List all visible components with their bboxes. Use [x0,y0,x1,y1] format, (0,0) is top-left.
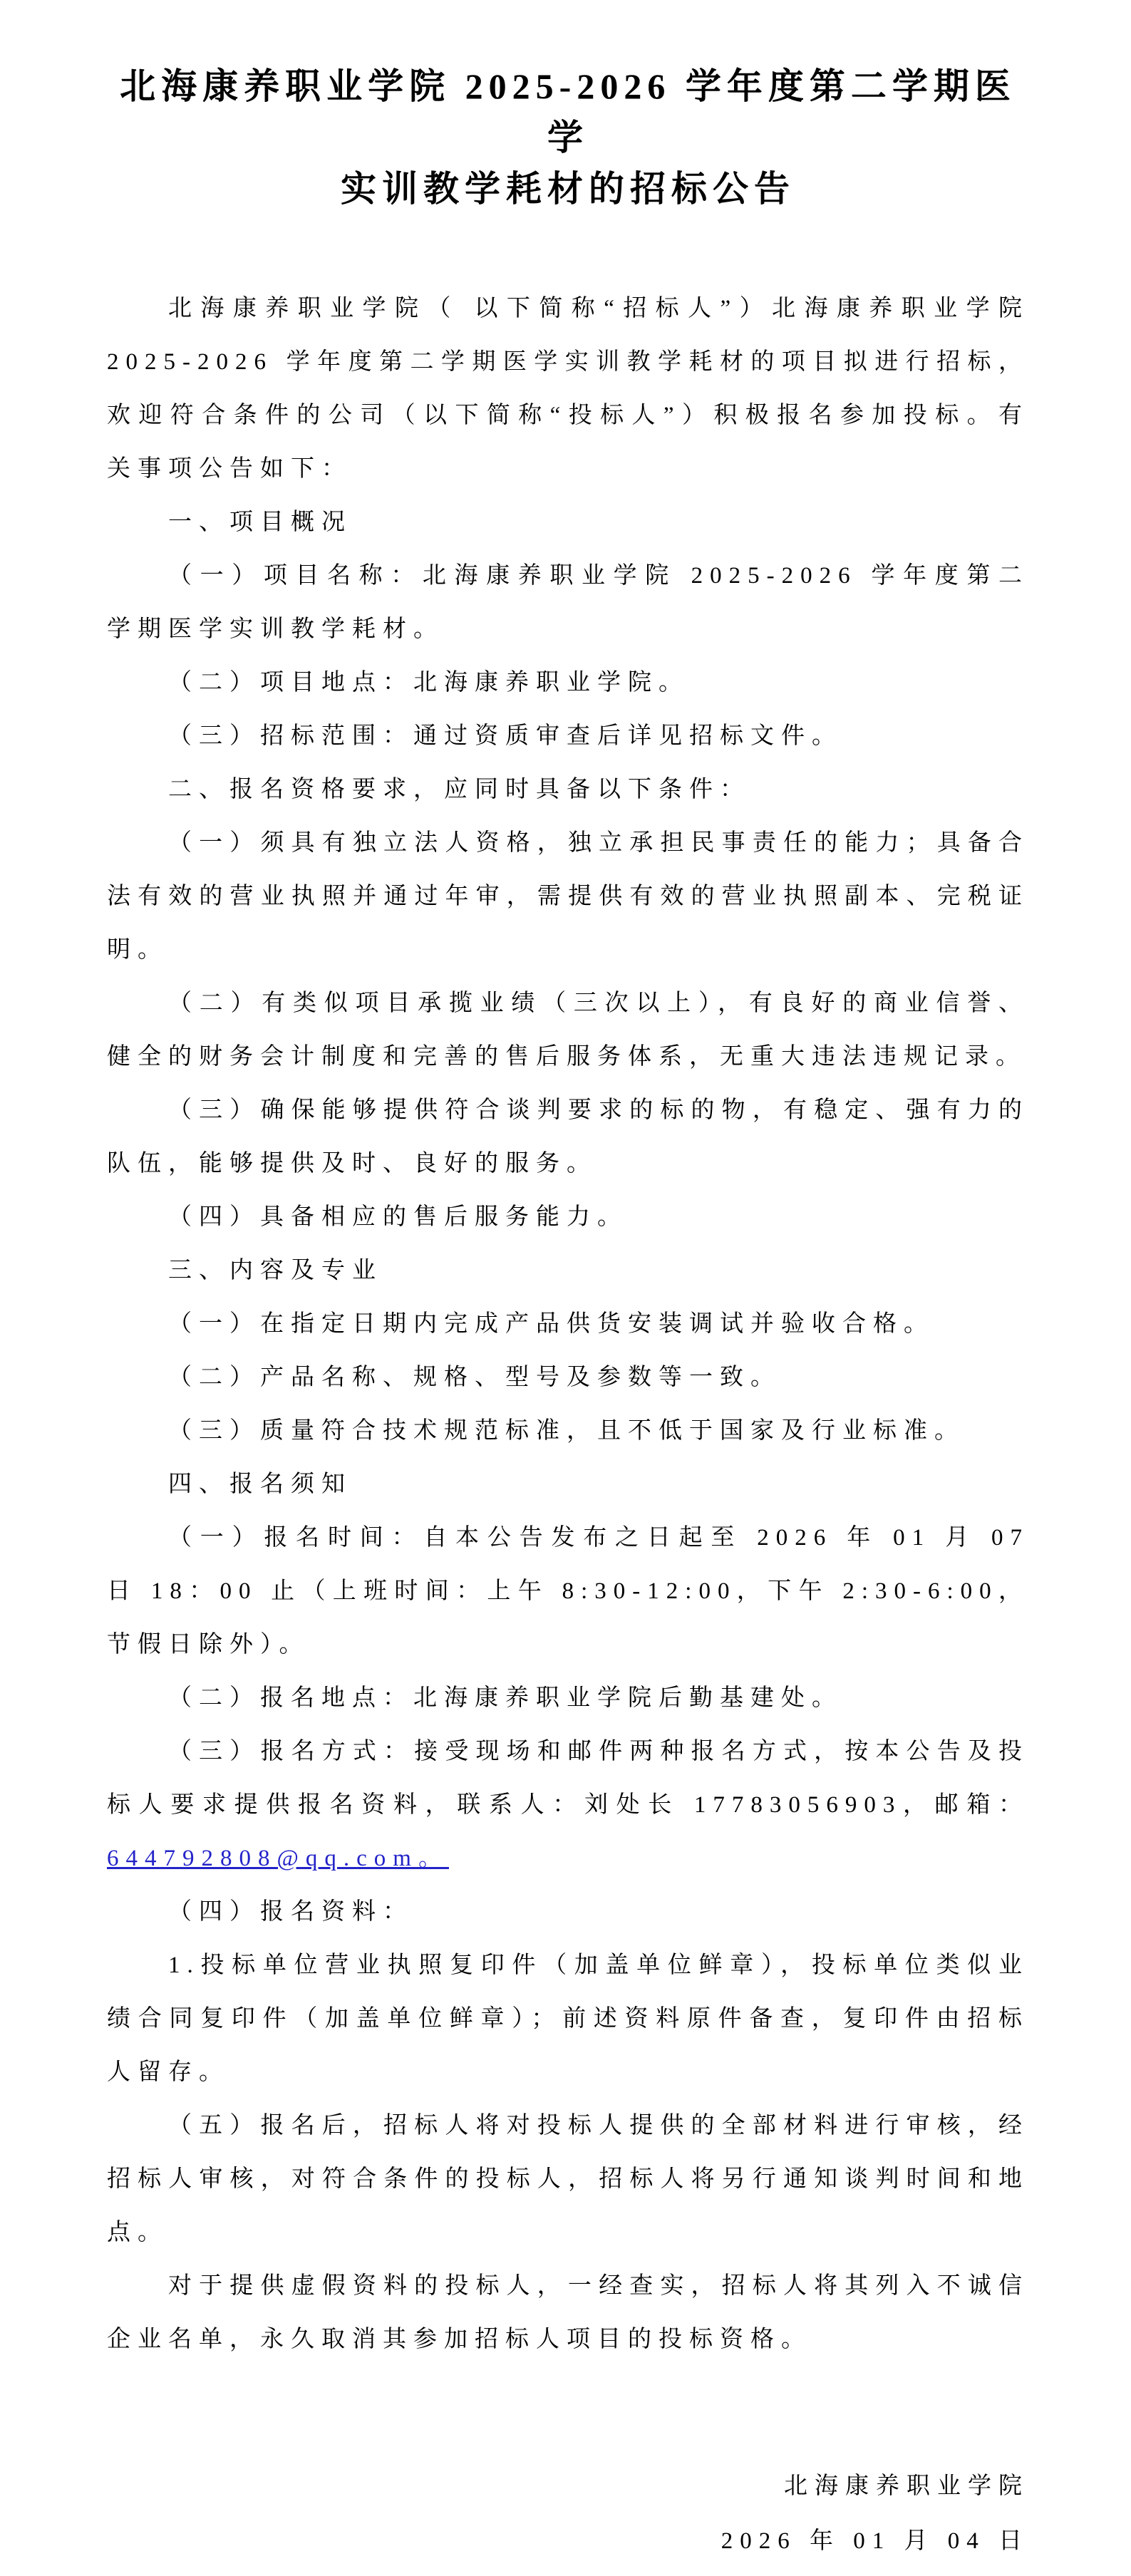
heading-content-and-specialty: 三、内容及专业 [107,1244,1029,1298]
document-title-line-1: 北海康养职业学院 2025-2026 学年度第二学期医学 [107,61,1029,163]
document-title-line-2: 实训教学耗材的招标公告 [107,163,1029,214]
document-title: 北海康养职业学院 2025-2026 学年度第二学期医学 实训教学耗材的招标公告 [107,61,1029,214]
signature-org: 北海康养职业学院 [107,2459,1029,2514]
heading-project-overview: 一、项目概况 [107,496,1029,549]
heading-qualification-requirements: 二、报名资格要求，应同时具备以下条件： [107,763,1029,817]
para-after-registration-review: （五）报名后，招标人将对投标人提供的全部材料进行审核，经招标人审核，对符合条件的… [107,2099,1029,2260]
para-content-1: （一）在指定日期内完成产品供货安装调试并验收合格。 [107,1298,1029,1351]
heading-registration-notes: 四、报名须知 [107,1458,1029,1511]
para-registration-materials-label: （四）报名资料： [107,1886,1029,1939]
para-bid-scope: （三）招标范围：通过资质审查后详见招标文件。 [107,710,1029,763]
para-registration-method: （三）报名方式：接受现场和邮件两种报名方式，按本公告及投标人要求提供报名资料，联… [107,1725,1029,1886]
para-project-name: （一）项目名称：北海康养职业学院 2025-2026 学年度第二学期医学实训教学… [107,549,1029,656]
para-registration-location: （二）报名地点：北海康养职业学院后勤基建处。 [107,1672,1029,1725]
para-qualification-4: （四）具备相应的售后服务能力。 [107,1191,1029,1244]
para-false-information-warning: 对于提供虚假资料的投标人，一经查实，招标人将其列入不诚信企业名单，永久取消其参加… [107,2260,1029,2366]
document-page: 北海康养职业学院 2025-2026 学年度第二学期医学 实训教学耗材的招标公告… [0,0,1131,2576]
para-intro: 北海康养职业学院（ 以下简称“招标人”）北海康养职业学院 2025-2026 学… [107,282,1029,496]
para-content-3: （三）质量符合技术规范标准，且不低于国家及行业标准。 [107,1405,1029,1458]
para-qualification-3: （三）确保能够提供符合谈判要求的标的物，有稳定、强有力的队伍，能够提供及时、良好… [107,1084,1029,1191]
para-registration-time: （一）报名时间：自本公告发布之日起至 2026 年 01 月 07 日 18：0… [107,1511,1029,1672]
email-link[interactable]: 644792808@qq.com。 [107,1846,449,1871]
signature-block: 北海康养职业学院 2026 年 01 月 04 日 [107,2459,1029,2569]
document-body: 北海康养职业学院（ 以下简称“招标人”）北海康养职业学院 2025-2026 学… [107,282,1029,2366]
para-qualification-2: （二）有类似项目承揽业绩（三次以上），有良好的商业信誉、健全的财务会计制度和完善… [107,977,1029,1084]
signature-date: 2026 年 01 月 04 日 [107,2514,1029,2569]
para-registration-materials-1: 1.投标单位营业执照复印件（加盖单位鲜章），投标单位类似业绩合同复印件（加盖单位… [107,1939,1029,2099]
para-qualification-1: （一）须具有独立法人资格，独立承担民事责任的能力；具备合法有效的营业执照并通过年… [107,817,1029,977]
para-content-2: （二）产品名称、规格、型号及参数等一致。 [107,1351,1029,1405]
registration-method-text: （三）报名方式：接受现场和邮件两种报名方式，按本公告及投标人要求提供报名资料，联… [107,1739,1029,1818]
para-project-location: （二）项目地点：北海康养职业学院。 [107,656,1029,710]
